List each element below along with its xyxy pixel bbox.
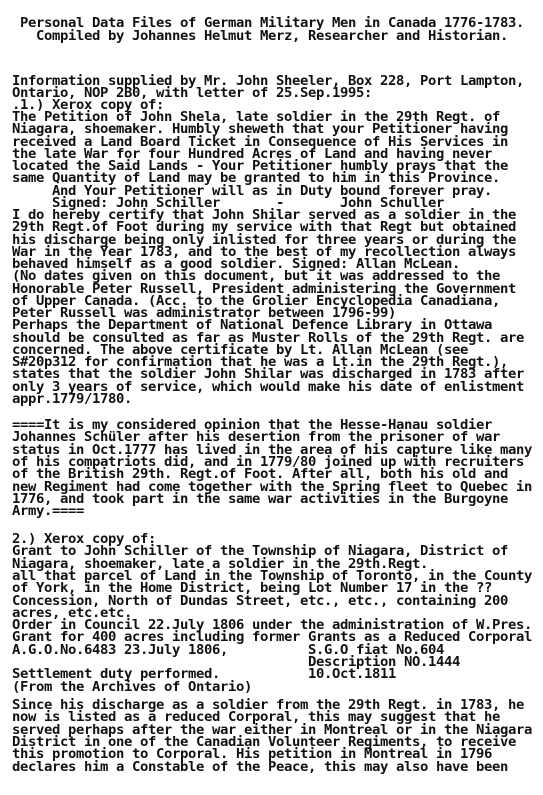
opinion-line: 1776, and took part in the same war acti…	[12, 494, 508, 506]
opinion-line: Army.====	[12, 506, 84, 518]
document-page: Personal Data Files of German Military M…	[0, 0, 543, 795]
conclusion-line: declares him a Constable of the Peace, t…	[12, 762, 508, 774]
document-subtitle: Compiled by Johannes Helmut Merz, Resear…	[36, 31, 508, 43]
section1-line: appr.1779/1780.	[12, 394, 132, 406]
section2-line: (From the Archives of Ontario)	[12, 682, 252, 694]
